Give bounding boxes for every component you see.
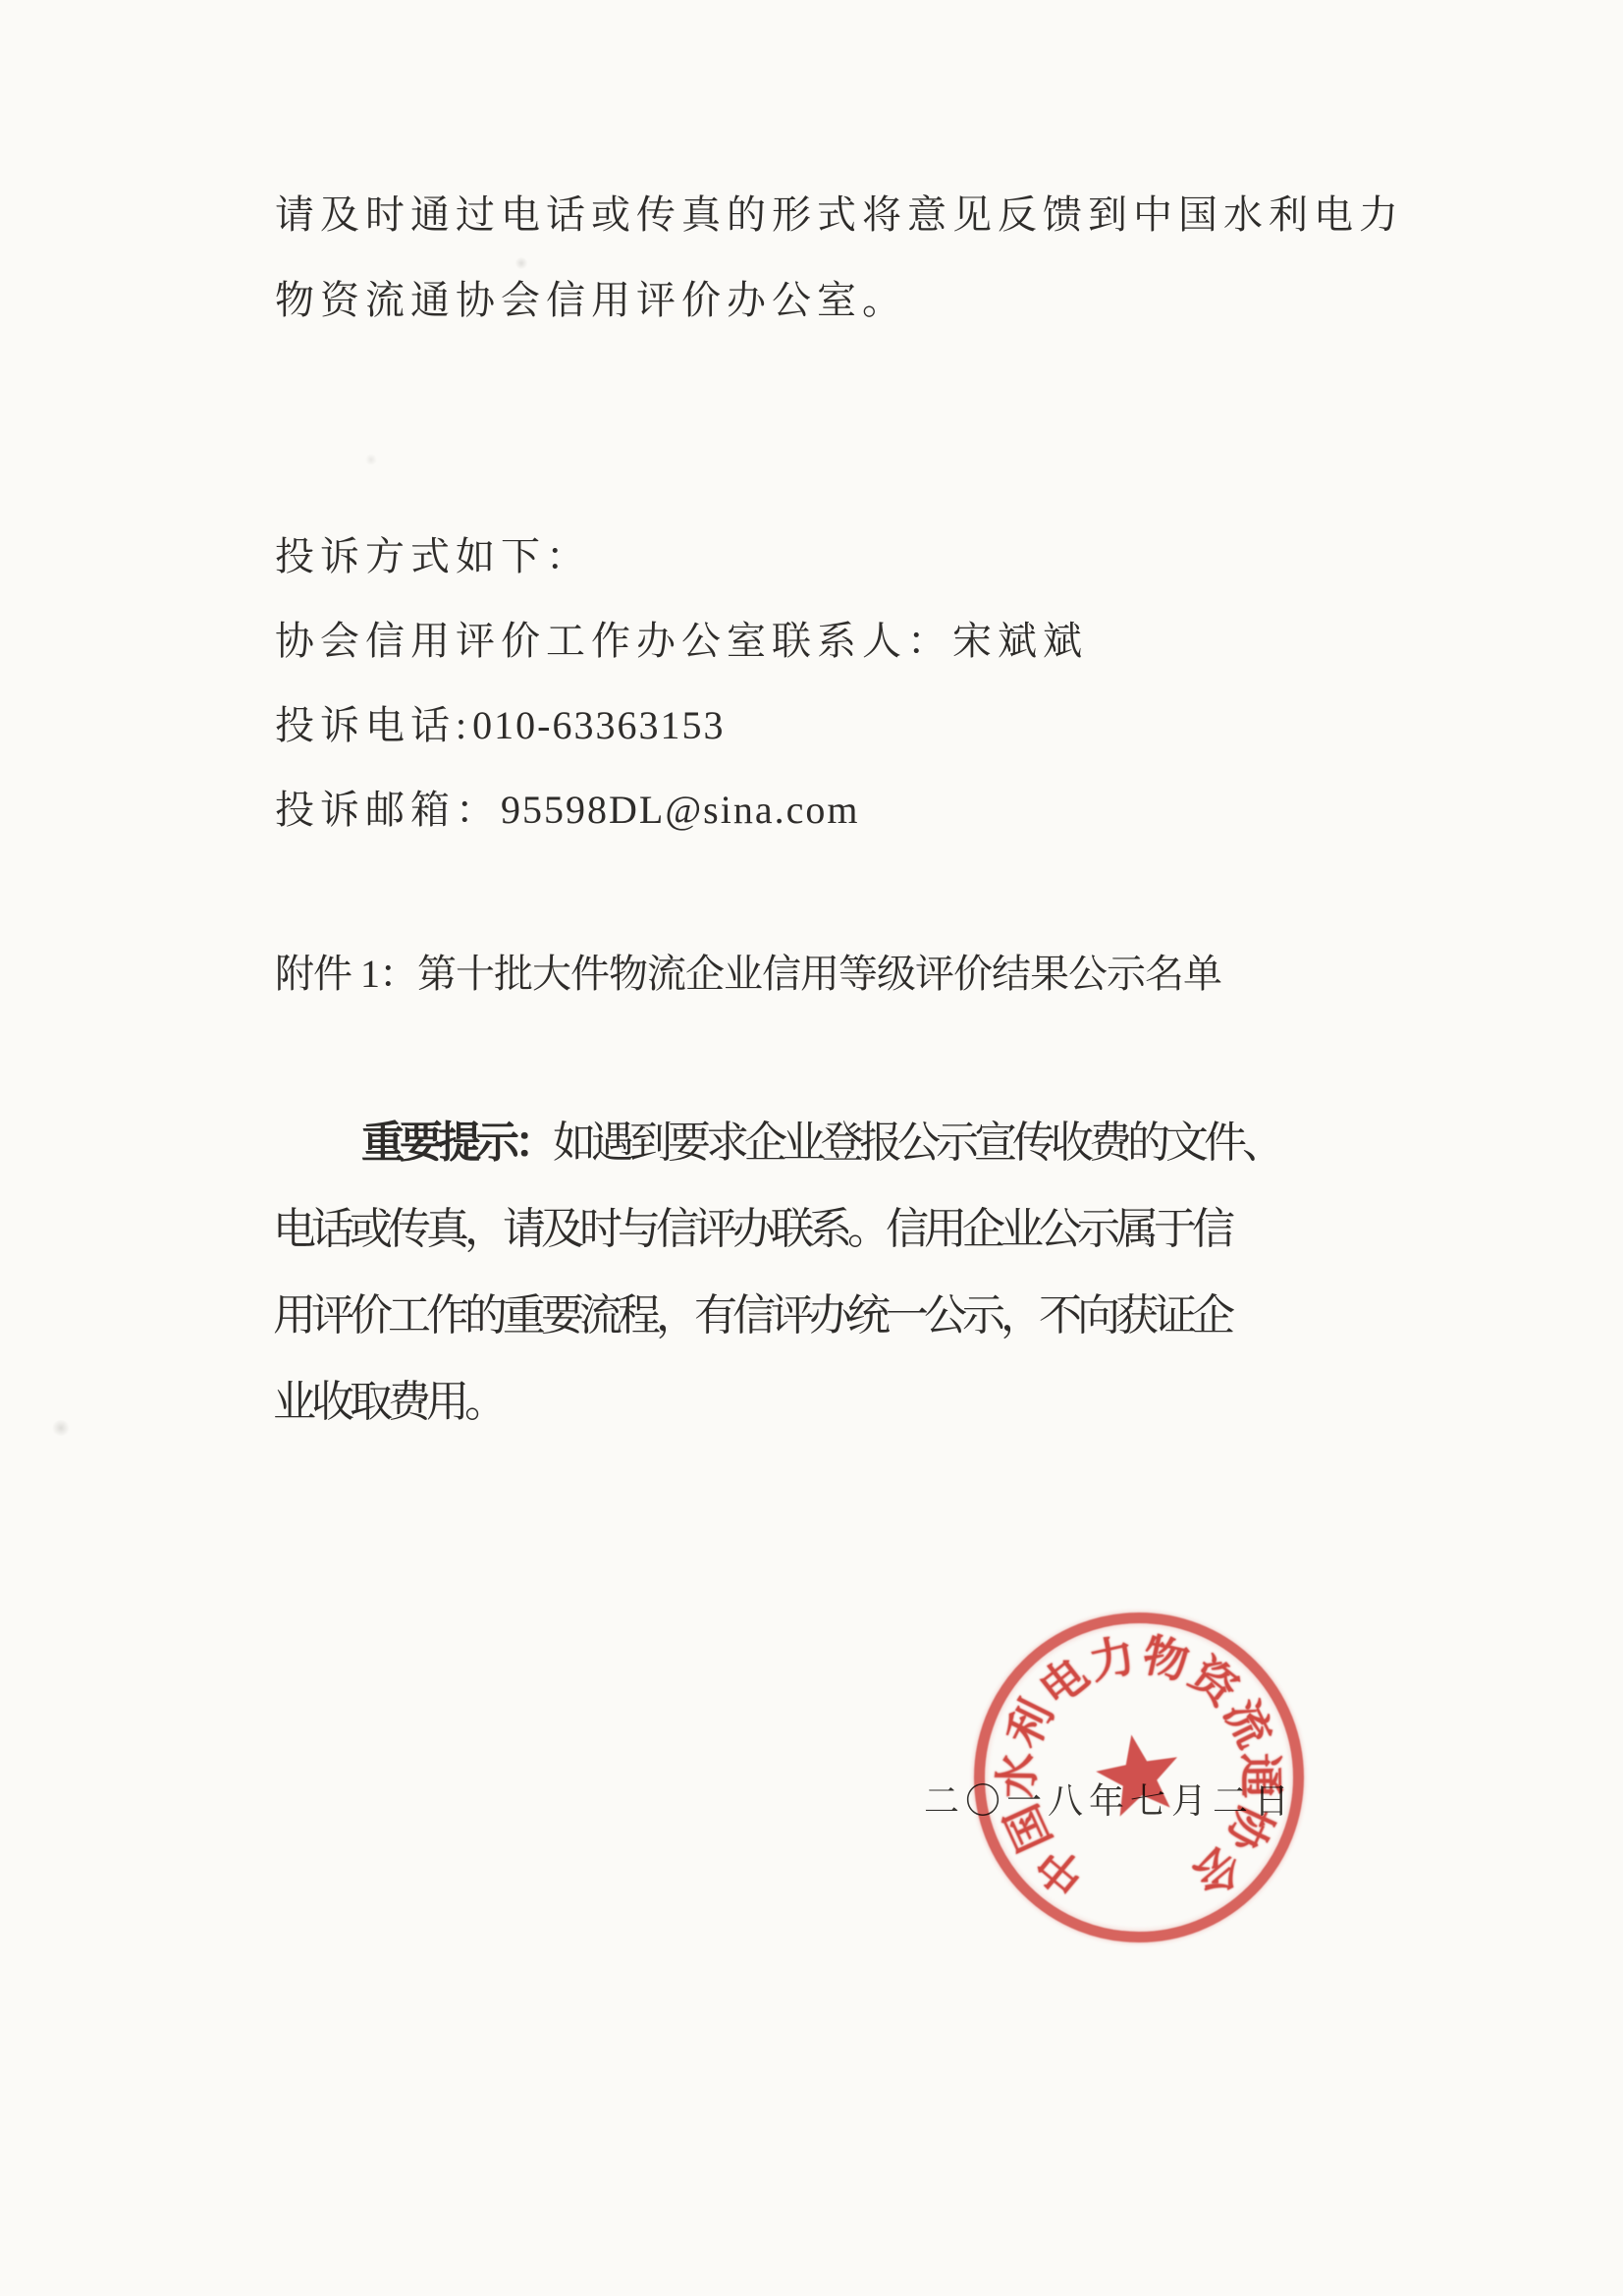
scan-speckle xyxy=(514,257,528,269)
scan-speckle xyxy=(51,1420,71,1436)
complaint-phone: 投诉电话:010-63363153 xyxy=(275,704,725,747)
scan-speckle xyxy=(365,454,377,465)
email-label: 投诉邮箱： xyxy=(275,788,501,832)
notice-line-1-text: 如遇到要求企业登报公示宣传收费的文件、 xyxy=(553,1119,1280,1167)
seal-char: 水 xyxy=(982,1752,1048,1798)
complaint-contact: 协会信用评价工作办公室联系人：宋斌斌 xyxy=(275,620,1088,663)
intro-line-2: 物资流通协会信用评价办公室。 xyxy=(275,279,907,322)
notice-line-3: 用评价工作的重要流程，有信评办统一公示，不向获证企 xyxy=(273,1292,1230,1339)
seal-char: 通 xyxy=(1231,1752,1297,1798)
complaint-email: 投诉邮箱：95598DL@sina.com xyxy=(275,789,859,832)
document-page: 请及时通过电话或传真的形式将意见反馈到中国水利电力 物资流通协会信用评价办公室。… xyxy=(0,0,1623,2296)
official-seal: 中国水利电力物资流通协会 xyxy=(974,1613,1304,1942)
notice-line-2: 电话或传真，请及时与信评办联系。信用企业公示属于信 xyxy=(273,1206,1230,1253)
attachment-line: 附件 1：第十批大件物流企业信用等级评价结果公示名单 xyxy=(275,953,1221,996)
email-address: 95598DL@sina.com xyxy=(501,788,859,832)
intro-line-1: 请及时通过电话或传真的形式将意见反馈到中国水利电力 xyxy=(275,193,1404,237)
phone-number: 010-63363153 xyxy=(472,703,725,747)
notice-line-4: 业收取费用。 xyxy=(273,1379,503,1426)
notice-label: 重要提示： xyxy=(361,1119,553,1167)
star-icon xyxy=(1087,1725,1192,1831)
complaint-heading: 投诉方式如下： xyxy=(275,535,591,578)
notice-line-1: 重要提示：如遇到要求企业登报公示宣传收费的文件、 xyxy=(361,1120,1280,1167)
phone-label: 投诉电话: xyxy=(275,703,472,747)
